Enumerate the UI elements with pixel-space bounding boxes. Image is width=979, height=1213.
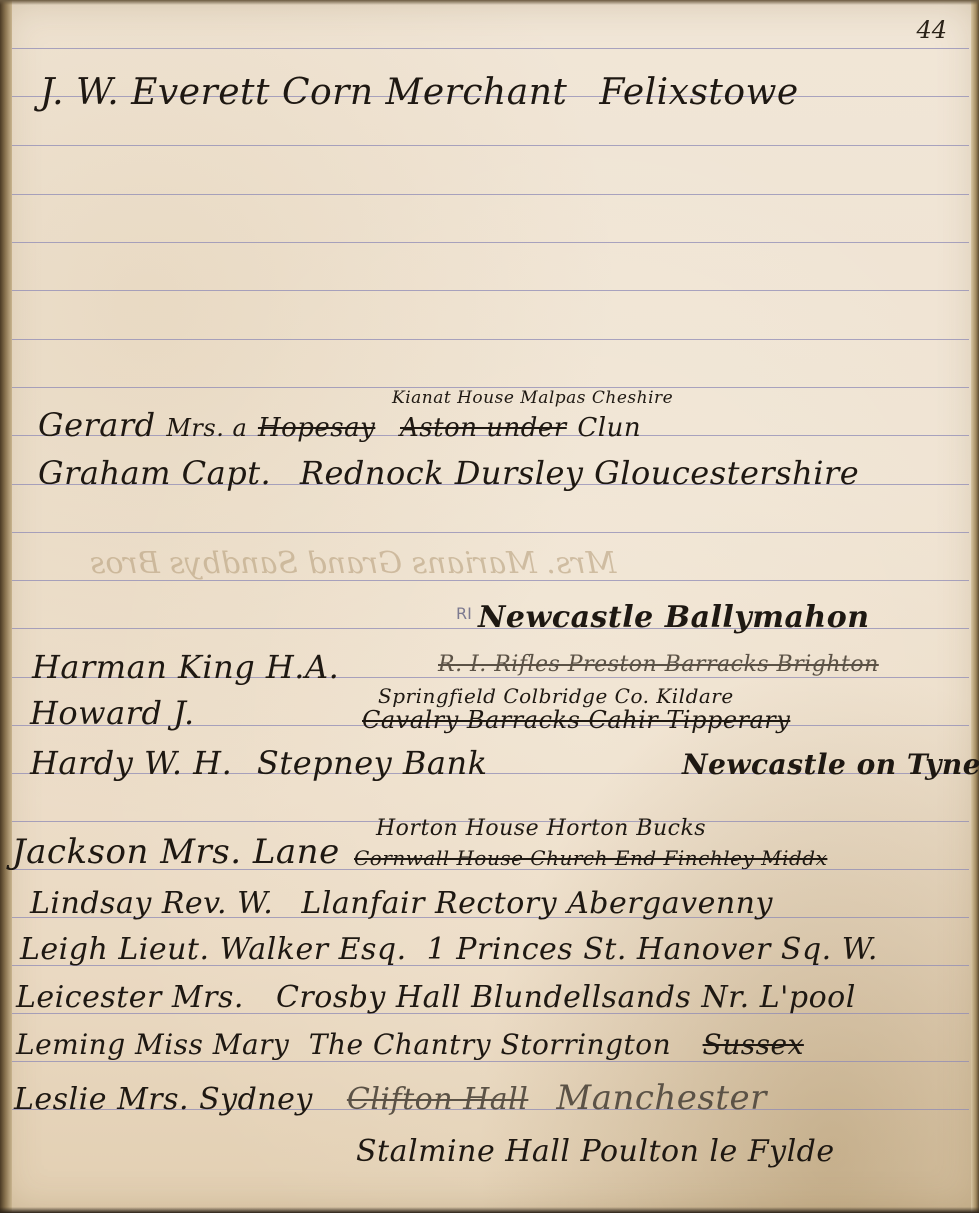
entry-title: Miss Mary	[135, 1028, 289, 1061]
entry-address-struck: Cornwall House Church End Finchley Middx	[354, 846, 827, 870]
page-number: 44	[916, 16, 947, 44]
entry-graham: Graham Capt. Rednock Dursley Gloucesters…	[38, 454, 859, 492]
entry-address: Crosby Hall Blundellsands Nr. L'pool	[276, 980, 856, 1015]
entry-name: Leming	[16, 1028, 126, 1061]
entry-title: Lieut. Walker Esq.	[118, 932, 406, 967]
entry-title: J.	[173, 694, 195, 732]
entry-hardy: Hardy W. H. Stepney Bank	[30, 744, 488, 782]
entry-title: Mrs. Sydney	[117, 1082, 313, 1117]
ruled-line	[12, 290, 969, 291]
entry-leming: Leming Miss Mary The Chantry Storrington…	[16, 1028, 804, 1061]
page-edge-right	[971, 0, 979, 1213]
margin-note: RI	[456, 604, 472, 623]
entry-address: Stepney Bank	[257, 744, 488, 782]
entry-title: Capt.	[182, 454, 272, 492]
entry-address-struck: Cavalry Barracks Cahir Tipperary	[362, 706, 790, 734]
entry-name: Harman	[32, 648, 167, 686]
ruled-line	[12, 242, 969, 243]
ruled-line	[12, 339, 969, 340]
entry-title: Rev. W.	[162, 886, 273, 921]
entry-leicester: Leicester Mrs. Crosby Hall Blundellsands…	[16, 980, 856, 1015]
entry-name: Howard	[30, 694, 162, 732]
entry-title: W. H.	[144, 744, 232, 782]
entry-lindsay: Lindsay Rev. W. Llanfair Rectory Abergav…	[30, 886, 773, 921]
entry-name: J. W. Everett	[40, 72, 270, 113]
entry-name: Hardy	[30, 744, 133, 782]
entry-address-struck: Sussex	[703, 1028, 804, 1061]
entry-address: Rednock Dursley Gloucestershire	[300, 454, 859, 492]
entry-gerard: Gerard Mrs. a Hopesay Aston under Clun	[38, 406, 641, 444]
entry-address: 1 Princes St. Hanover Sq. W.	[427, 932, 878, 967]
page-edge-top	[0, 0, 979, 5]
entry-title: Mrs.	[172, 980, 244, 1015]
entry-title: Mrs. a	[166, 414, 247, 442]
book-spine	[0, 0, 12, 1213]
ruled-line	[12, 145, 969, 146]
entry-address-above: Newcastle Ballymahon	[478, 600, 870, 635]
entry-name: Lindsay	[30, 886, 152, 921]
page-edge-bottom	[0, 1207, 979, 1213]
entry-title: King H.A.	[178, 648, 339, 686]
entry-address-2: Newcastle on Tyne	[682, 748, 979, 781]
ruled-line	[12, 1061, 969, 1062]
entry-name: Leicester	[16, 980, 162, 1015]
entry-address: Llanfair Rectory Abergavenny	[301, 886, 773, 921]
entry-name: Leslie	[14, 1082, 107, 1117]
entry-jackson: Jackson Mrs. Lane	[12, 832, 340, 872]
ruled-line	[12, 48, 969, 49]
entry-name: Graham	[38, 454, 171, 492]
entry-leslie: Leslie Mrs. Sydney Clifton Hall Manchest…	[14, 1078, 767, 1118]
entry-harman: Harman King H.A.	[32, 648, 339, 686]
bleed-through-text: Mrs. Marians Grand Sandbys Bros	[90, 546, 616, 581]
entry-title: Mrs. Lane	[160, 832, 340, 872]
entry-address: Felixstowe	[599, 72, 798, 113]
entry-title: Corn Merchant	[282, 72, 567, 113]
entry-name: Leigh	[20, 932, 108, 967]
entry-howard: Howard J.	[30, 694, 195, 732]
entry-address-above: Horton House Horton Bucks	[376, 816, 706, 841]
ruled-line	[12, 194, 969, 195]
entry-address: The Chantry Storrington	[309, 1028, 671, 1061]
entry-address-struck: Aston under	[400, 413, 567, 443]
entry-leigh: Leigh Lieut. Walker Esq. 1 Princes St. H…	[20, 932, 878, 967]
entry-everett: J. W. Everett Corn Merchant Felixstowe	[40, 72, 799, 113]
entry-address-below: Stalmine Hall Poulton le Fylde	[356, 1134, 835, 1169]
entry-name: Jackson	[12, 832, 149, 872]
entry-address-above: Kianat House Malpas Cheshire	[392, 388, 673, 408]
entry-address-struck: Clifton Hall	[347, 1082, 528, 1117]
ledger-page: 44 J. W. Everett Corn Merchant Felixstow…	[0, 0, 979, 1213]
entry-address: Clun	[577, 413, 641, 443]
entry-address: Manchester	[556, 1078, 767, 1118]
entry-address-struck: Hopesay	[258, 413, 375, 443]
entry-address-above: Springfield Colbridge Co. Kildare	[378, 684, 734, 708]
entry-name: Gerard	[38, 406, 156, 444]
entry-address-struck: R. I. Rifles Preston Barracks Brighton	[438, 652, 879, 677]
ruled-line	[12, 532, 969, 533]
